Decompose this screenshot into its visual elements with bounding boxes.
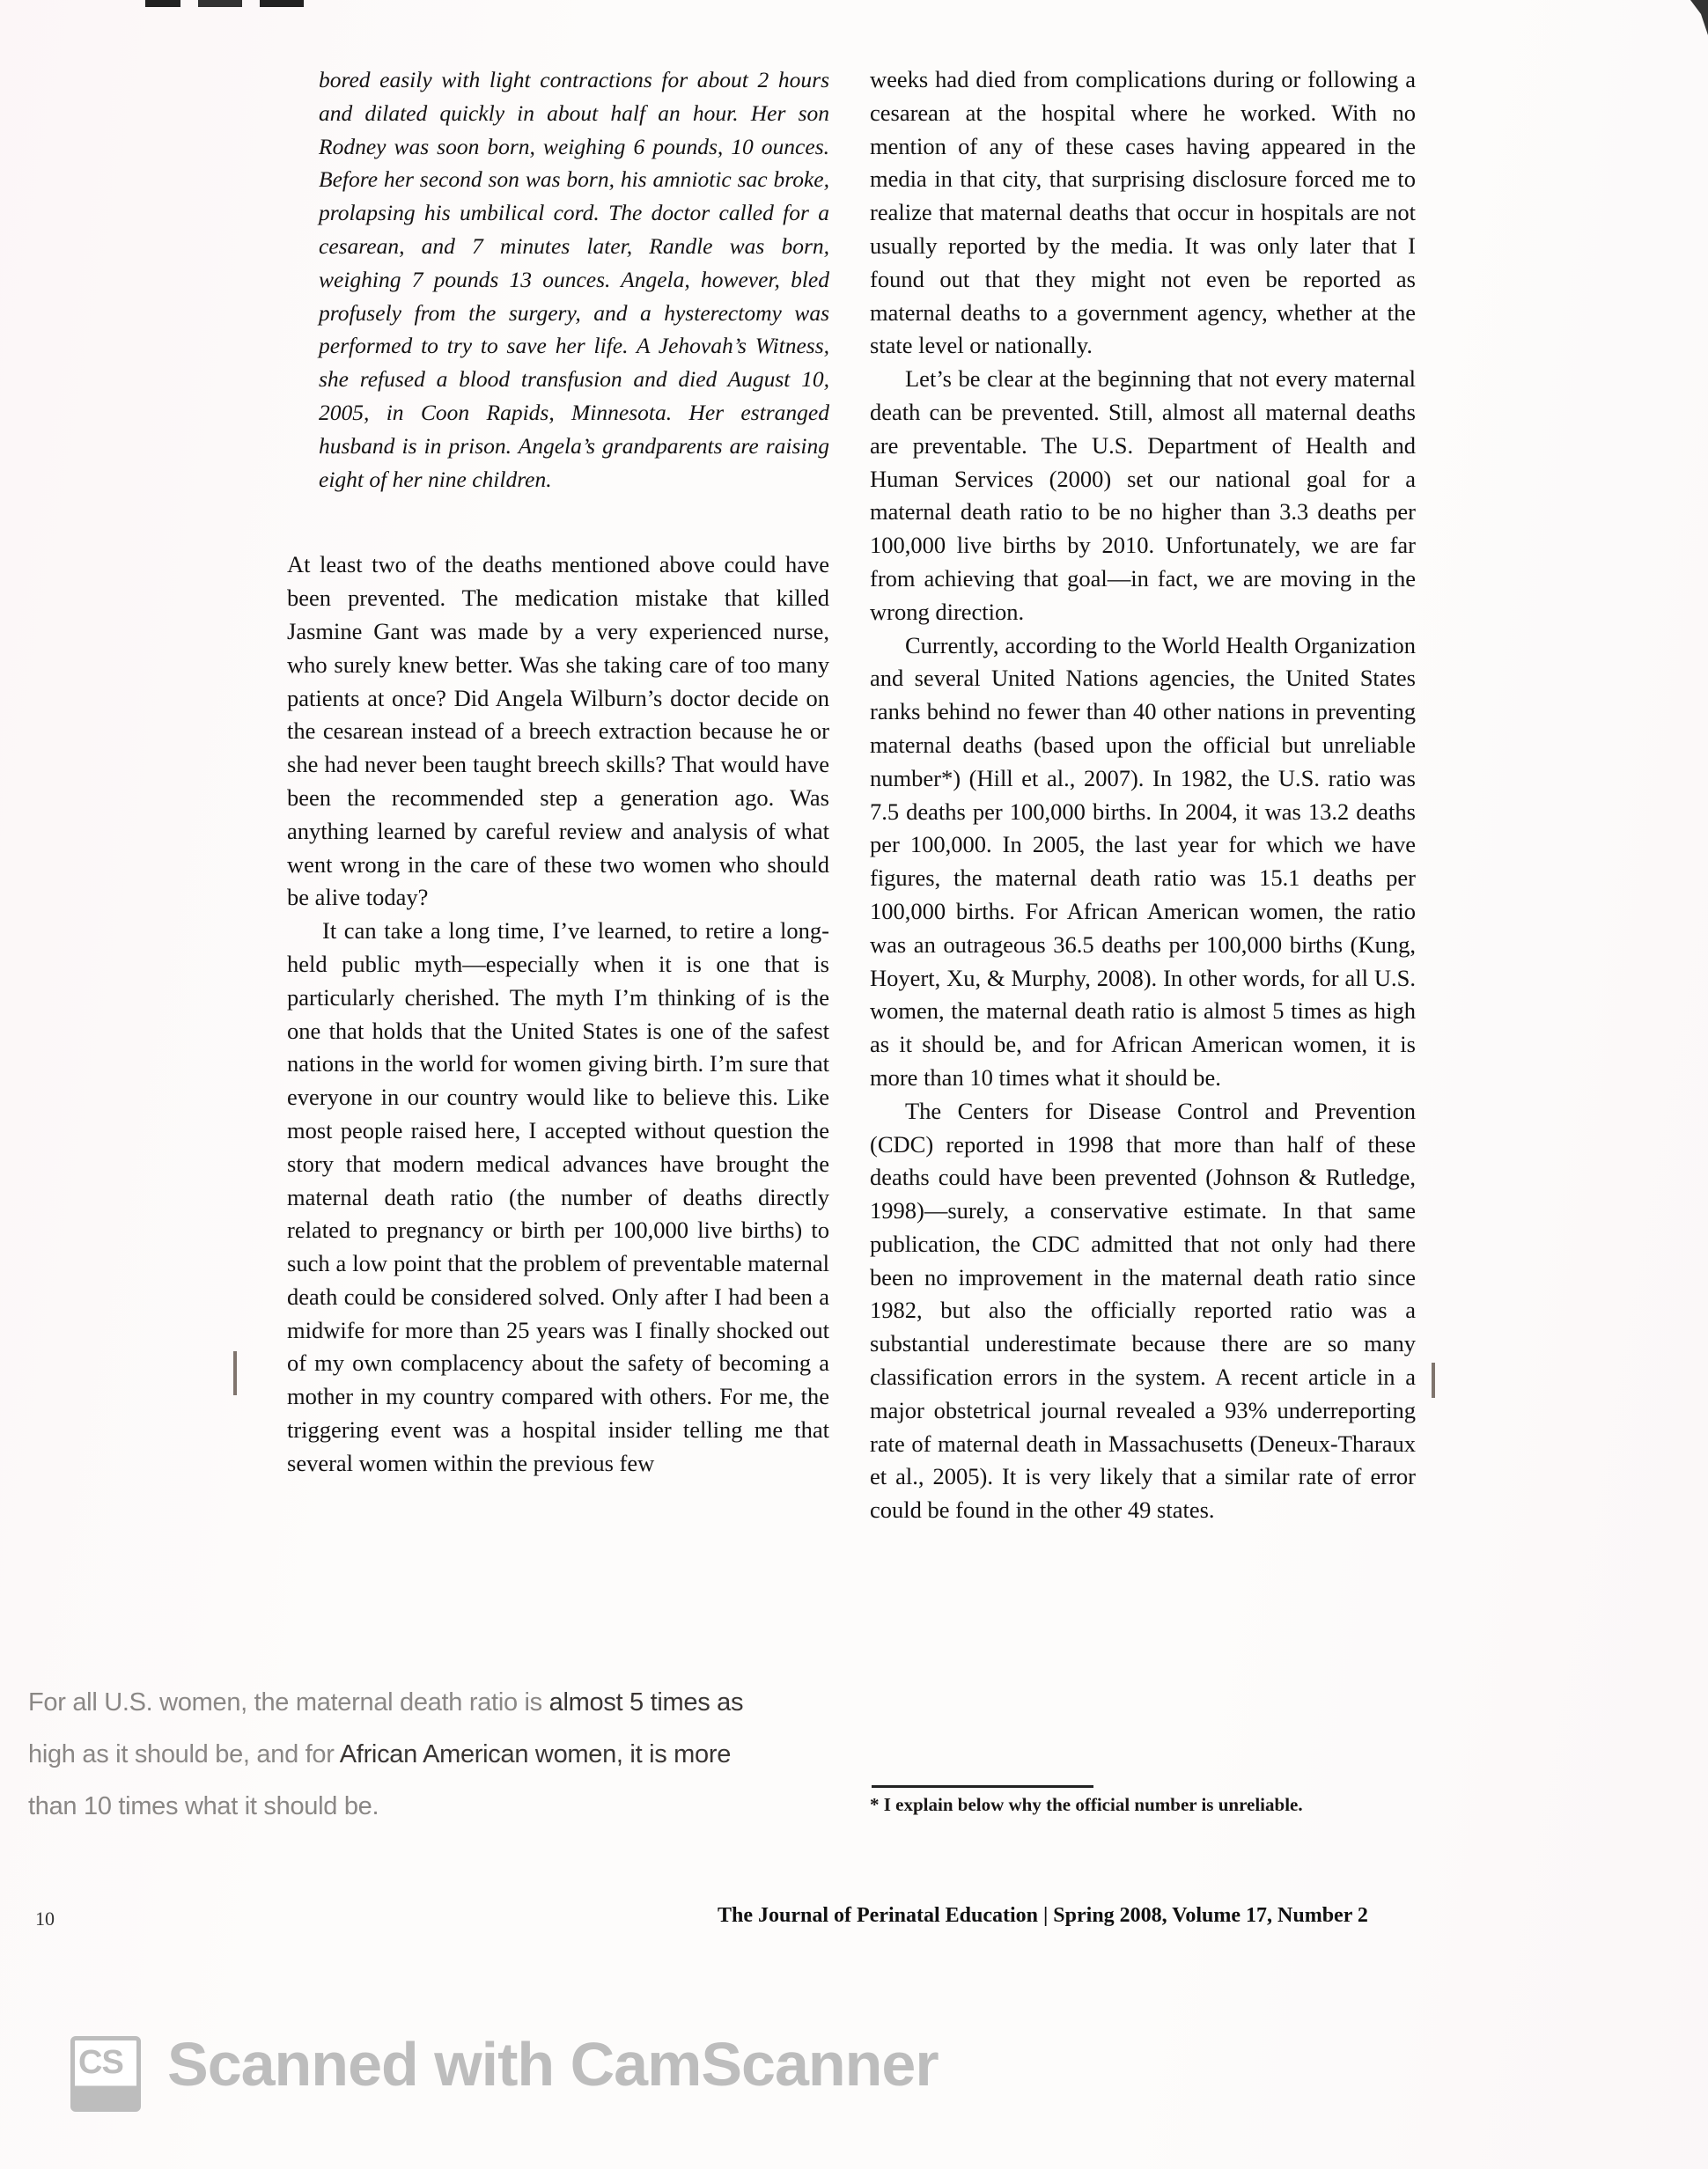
camscanner-logo-icon: CS xyxy=(70,2036,141,2112)
camscanner-watermark: Scanned with CamScanner xyxy=(167,2029,939,2099)
scan-artifact-top-left xyxy=(145,0,304,7)
page-number: 10 xyxy=(35,1908,55,1930)
left-paragraph-1: At least two of the deaths mentioned abo… xyxy=(287,548,829,915)
right-paragraph-4: The Centers for Disease Control and Prev… xyxy=(870,1095,1416,1527)
footnote-divider xyxy=(872,1785,1093,1788)
pull-quote-part: For all U.S. women, the maternal death r… xyxy=(28,1688,549,1717)
pull-quote: For all U.S. women, the maternal death r… xyxy=(28,1677,838,1833)
bleed-through-mark xyxy=(1432,1363,1435,1398)
right-paragraph-2: Let’s be clear at the beginning that not… xyxy=(870,363,1416,629)
footnote: * I explain below why the official numbe… xyxy=(870,1794,1303,1816)
pull-quote-emphasis: almost 5 times as xyxy=(549,1688,744,1717)
scan-artifact-top-right xyxy=(1690,0,1708,35)
left-column: bored easily with light contractions for… xyxy=(287,63,829,1481)
pull-quote-emphasis: African American women, it is more xyxy=(340,1740,731,1768)
case-description-italic: bored easily with light contractions for… xyxy=(319,63,829,496)
left-paragraph-2: It can take a long time, I’ve learned, t… xyxy=(287,915,829,1481)
pull-quote-part: high as it should be, and for xyxy=(28,1740,340,1768)
journal-citation: The Journal of Perinatal Education | Spr… xyxy=(718,1904,1368,1928)
right-column: weeks had died from complications during… xyxy=(870,63,1416,1527)
page-background xyxy=(0,0,1708,2169)
right-paragraph-3: Currently, according to the World Health… xyxy=(870,629,1416,1095)
bleed-through-mark xyxy=(233,1351,237,1395)
pull-quote-part: than 10 times what it should be. xyxy=(28,1792,379,1820)
right-paragraph-1: weeks had died from complications during… xyxy=(870,63,1416,363)
